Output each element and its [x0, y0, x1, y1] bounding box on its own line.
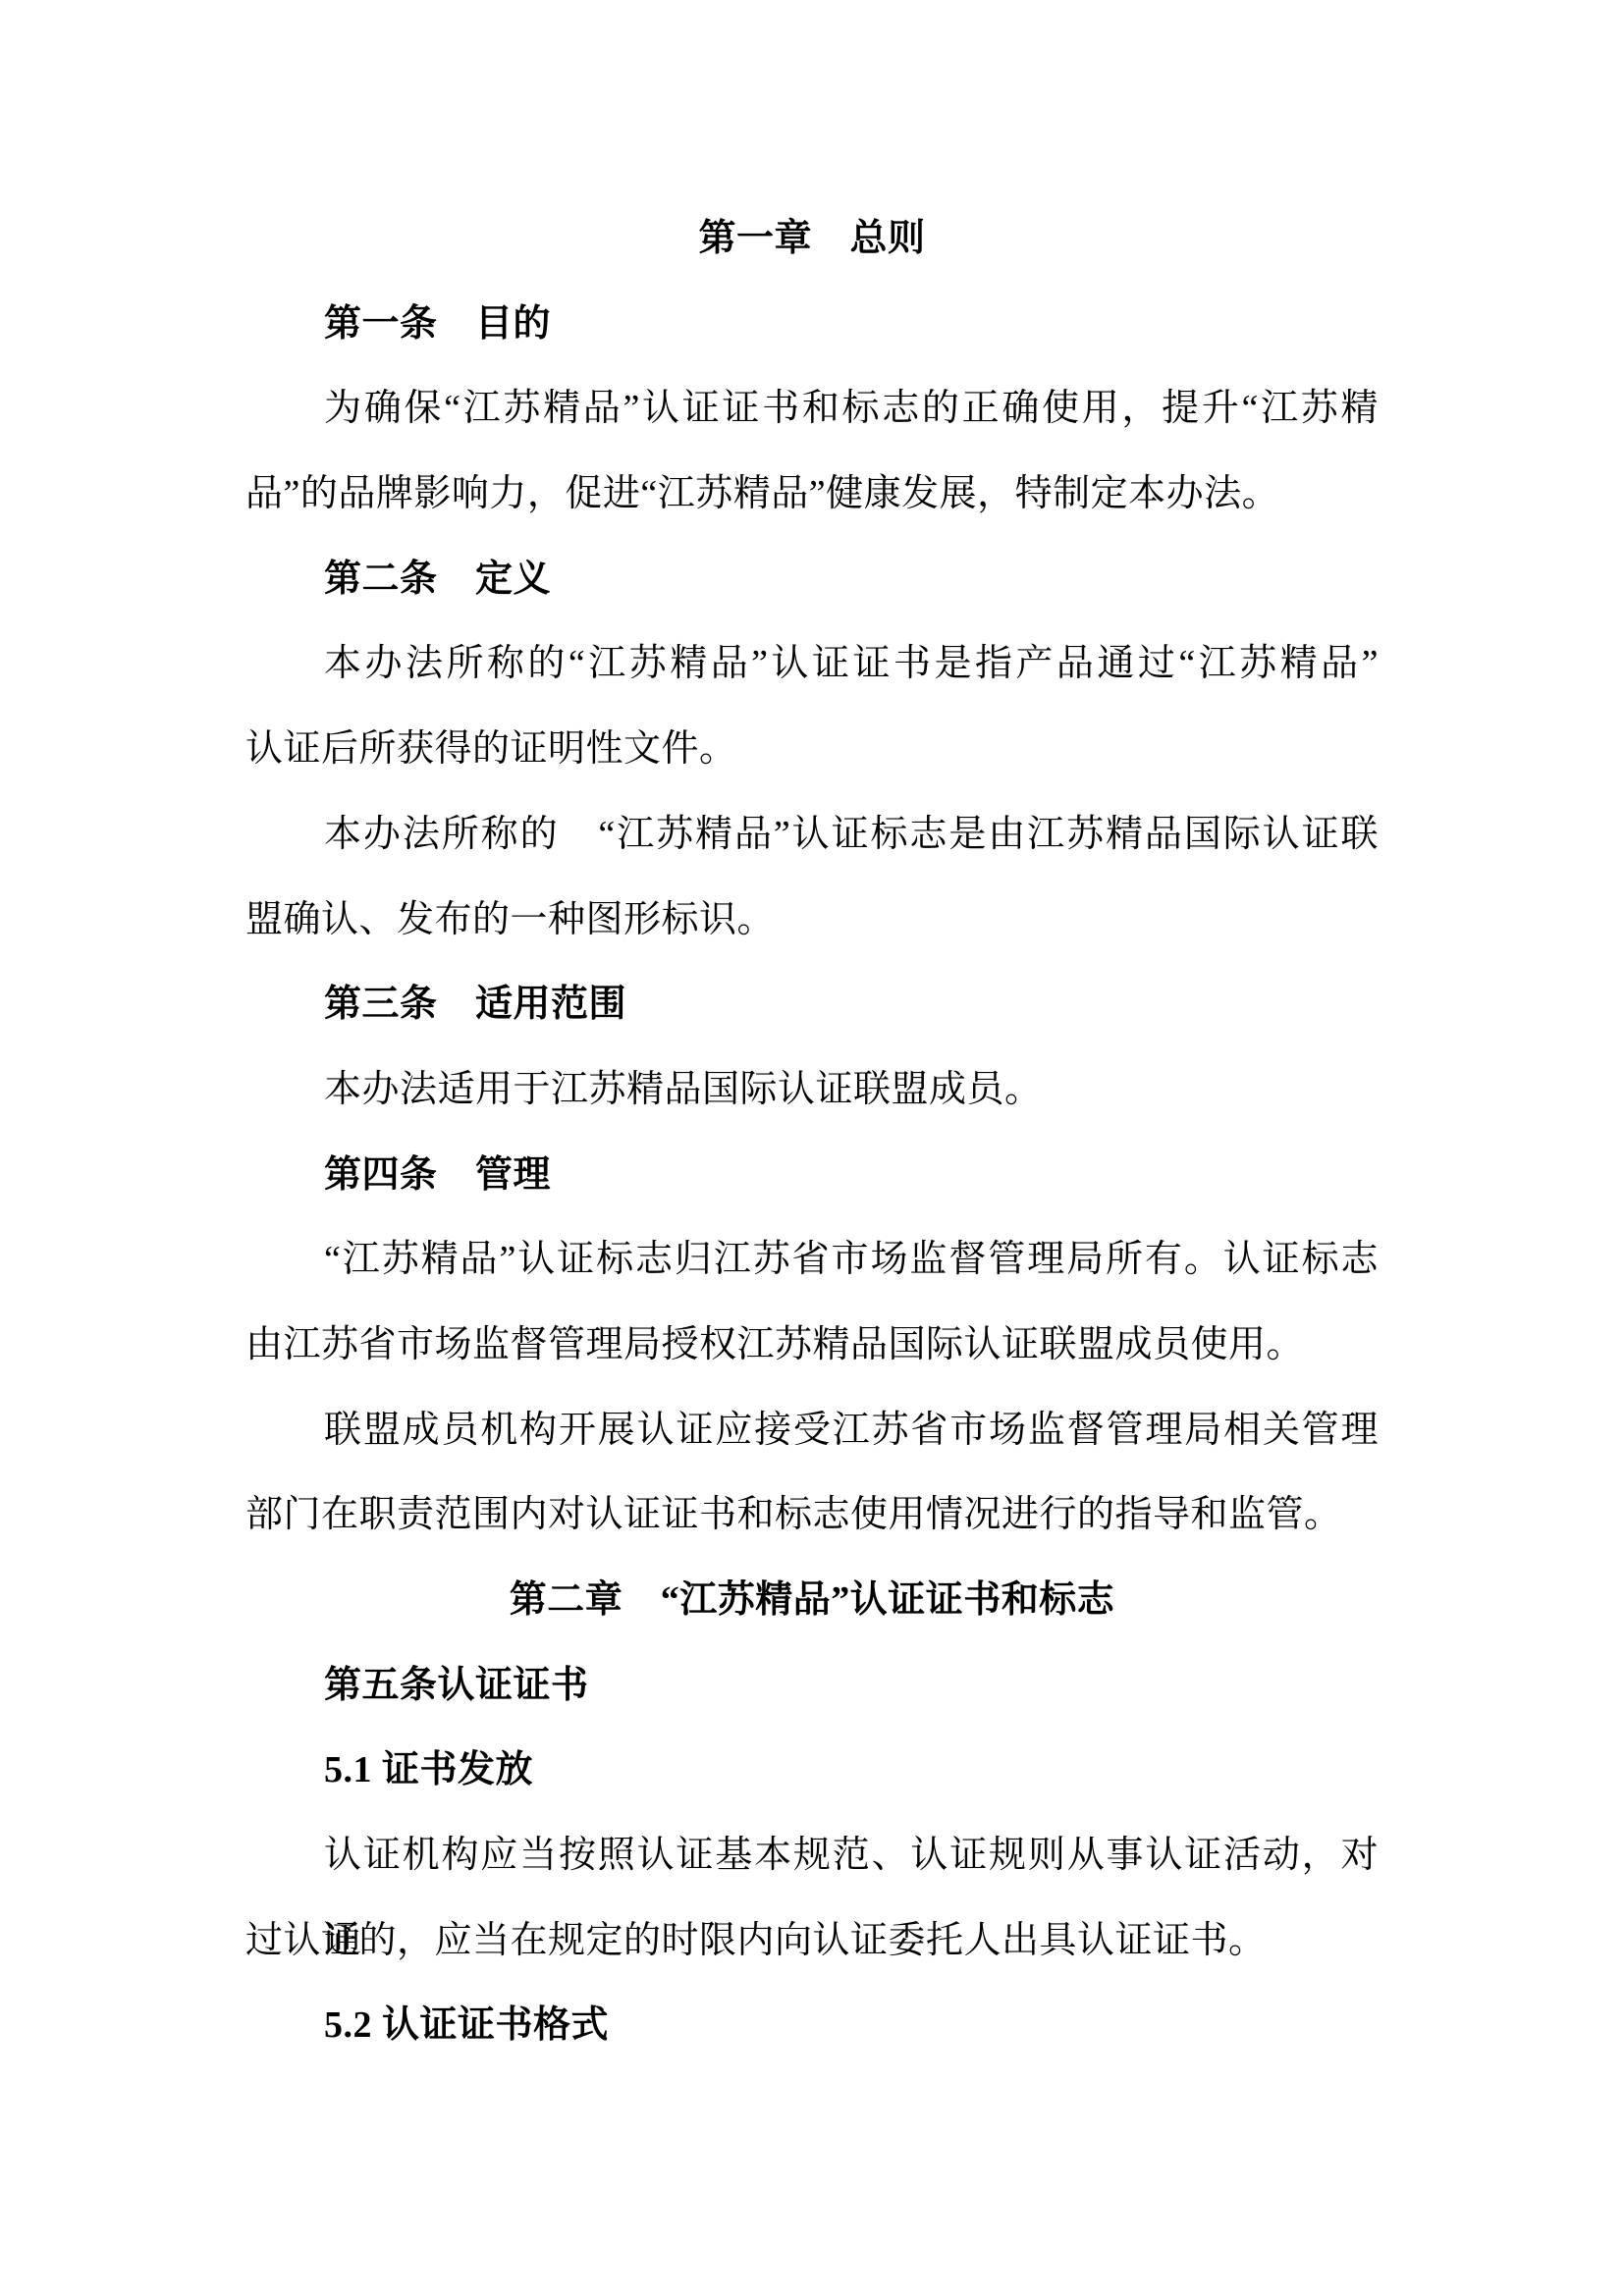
paragraph: 本办法所称的“江苏精品”认证证书是指产品通过“江苏精品”认证后所获得的证明性文件… — [245, 621, 1379, 791]
paragraph-line: 认证机构应当按照认证基本规范、认证规则从事认证活动，对通 — [245, 1813, 1379, 1898]
paragraph-line: 本办法所称的“江苏精品”认证证书是指产品通过“江苏精品” — [245, 621, 1379, 707]
chapter-heading: 第二章 “江苏精品”认证证书和标志 — [245, 1558, 1379, 1643]
paragraph-line: 为确保“江苏精品”认证证书和标志的正确使用，提升“江苏精 — [245, 366, 1379, 452]
paragraph-line: 部门在职责范围内对认证证书和标志使用情况进行的指导和监管。 — [245, 1472, 1379, 1558]
article-heading: 第五条认证证书 — [245, 1643, 1379, 1729]
paragraph: 本办法所称的 “江苏精品”认证标志是由江苏精品国际认证联盟确认、发布的一种图形标… — [245, 792, 1379, 962]
clause-heading: 5.2 认证证书格式 — [245, 1983, 1379, 2068]
document-page: 第一章 总则第一条 目的为确保“江苏精品”认证证书和标志的正确使用，提升“江苏精… — [0, 0, 1624, 2296]
paragraph: 为确保“江苏精品”认证证书和标志的正确使用，提升“江苏精品”的品牌影响力，促进“… — [245, 366, 1379, 536]
paragraph-line: 本办法适用于江苏精品国际认证联盟成员。 — [245, 1047, 1379, 1133]
page-content: 第一章 总则第一条 目的为确保“江苏精品”认证证书和标志的正确使用，提升“江苏精… — [245, 196, 1379, 2068]
paragraph-line: 认证后所获得的证明性文件。 — [245, 707, 1379, 792]
paragraph: 本办法适用于江苏精品国际认证联盟成员。 — [245, 1047, 1379, 1133]
paragraph-line: 过认证的，应当在规定的时限内向认证委托人出具认证证书。 — [245, 1898, 1379, 1984]
chapter-heading: 第一章 总则 — [245, 196, 1379, 282]
paragraph: 联盟成员机构开展认证应接受江苏省市场监督管理局相关管理部门在职责范围内对认证证书… — [245, 1388, 1379, 1558]
article-heading: 第四条 管理 — [245, 1133, 1379, 1218]
article-heading: 第二条 定义 — [245, 537, 1379, 622]
paragraph-line: 联盟成员机构开展认证应接受江苏省市场监督管理局相关管理 — [245, 1388, 1379, 1473]
paragraph-line: 本办法所称的 “江苏精品”认证标志是由江苏精品国际认证联 — [245, 792, 1379, 878]
paragraph: 认证机构应当按照认证基本规范、认证规则从事认证活动，对通过认证的，应当在规定的时… — [245, 1813, 1379, 1983]
article-heading: 第一条 目的 — [245, 282, 1379, 367]
paragraph-line: “江苏精品”认证标志归江苏省市场监督管理局所有。认证标志 — [245, 1217, 1379, 1303]
article-heading: 第三条 适用范围 — [245, 962, 1379, 1047]
paragraph-line: 品”的品牌影响力，促进“江苏精品”健康发展，特制定本办法。 — [245, 452, 1379, 537]
paragraph-line: 盟确认、发布的一种图形标识。 — [245, 878, 1379, 963]
clause-heading: 5.1 证书发放 — [245, 1728, 1379, 1813]
paragraph: “江苏精品”认证标志归江苏省市场监督管理局所有。认证标志由江苏省市场监督管理局授… — [245, 1217, 1379, 1387]
paragraph-line: 由江苏省市场监督管理局授权江苏精品国际认证联盟成员使用。 — [245, 1303, 1379, 1388]
